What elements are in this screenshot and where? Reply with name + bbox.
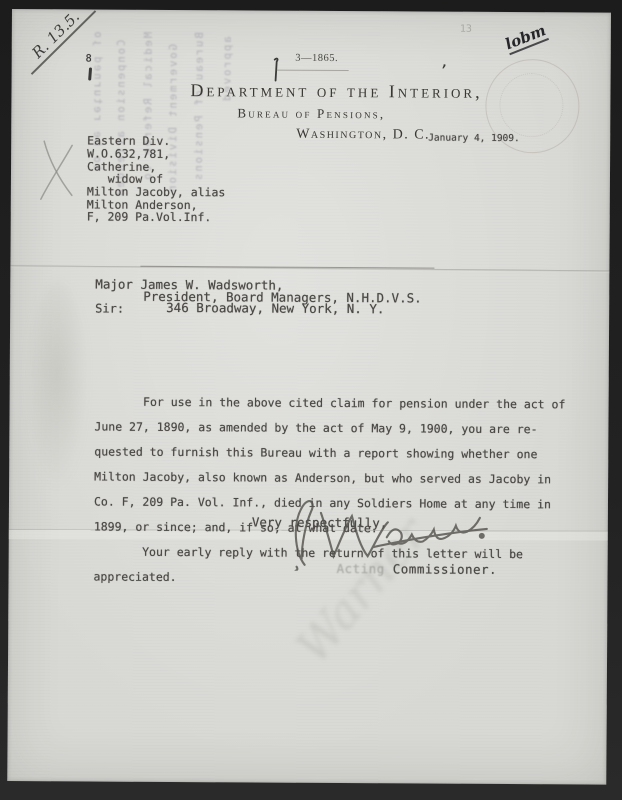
claim-reference-block: Eastern Div.W.O.632,781,Catherine, widow… [87, 96, 226, 224]
body-line: quested to furnish this Bureau with a re… [94, 440, 564, 468]
letter-date: January 4, 1909. [428, 133, 520, 145]
paper-stain [25, 281, 88, 487]
page-number-mark: 8 [86, 53, 92, 64]
pencil-x-mark [35, 135, 89, 209]
form-number: 3—1865. [272, 53, 362, 65]
body-line: For use in the above cited claim for pen… [95, 390, 565, 418]
letter-page: oſ pəuɹnʇəɹ əq oʇ Conpension attended Me… [7, 9, 611, 785]
embossed-seal-inner-ring [499, 73, 563, 137]
handwritten-initials: lobm [503, 21, 549, 55]
recipient-address-block: Major James W. Wadsworth,President, Boar… [95, 245, 422, 315]
body-line: Milton Jacoby, also known as Anderson, b… [94, 465, 564, 493]
letterhead-bureau: Bureau of Pensions, [221, 105, 401, 122]
ink-tick-mark: ’ [437, 61, 449, 80]
claim-line: F, 209 Pa.Vol.Inf. [87, 211, 226, 225]
address-line: 346 Broadway, New York, N. Y. [166, 302, 422, 315]
letterhead-place: Washington, D. C. [296, 127, 430, 144]
form-number-rule [277, 70, 349, 71]
handwritten-file-mark: R. 13.5. [17, 0, 96, 75]
body-line: June 27, 1890, as amended by the act of … [94, 415, 564, 443]
faint-pencil-number: 13 [460, 24, 472, 35]
